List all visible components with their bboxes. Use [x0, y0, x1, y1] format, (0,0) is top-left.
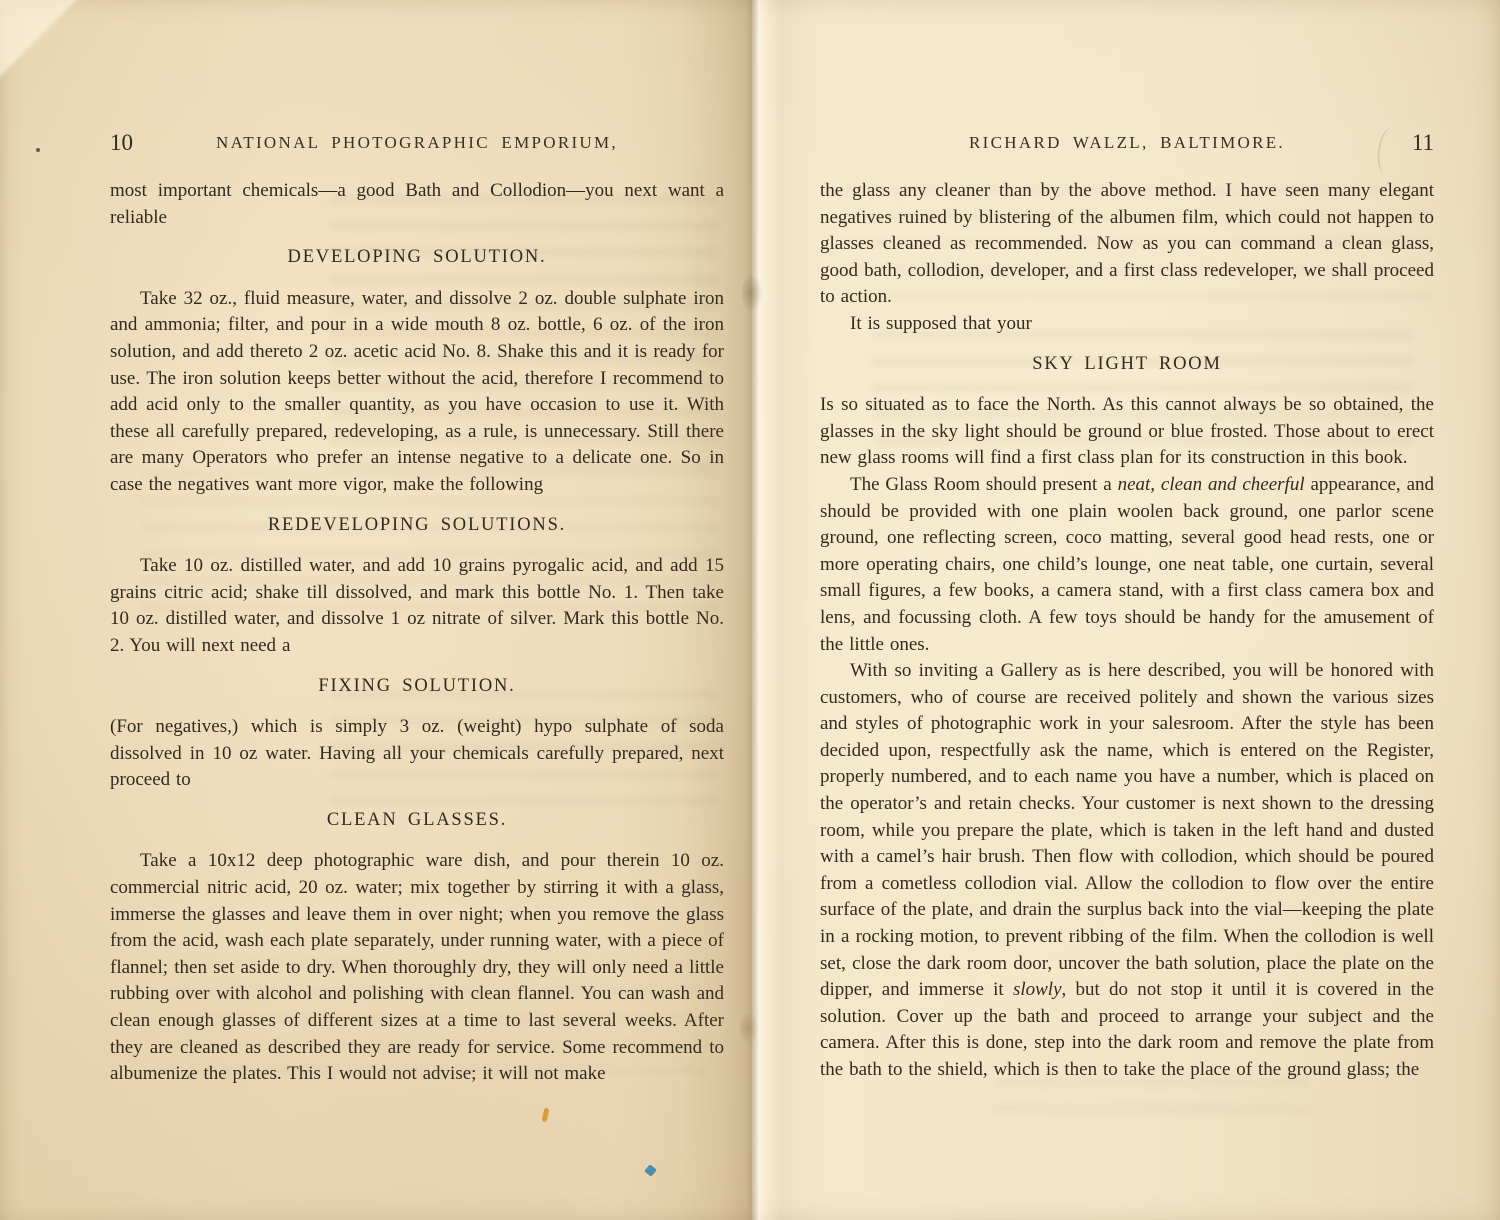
text-run: appearance, and should be provided with … — [820, 474, 1434, 655]
section-heading-developing-solution: DEVELOPING SOLUTION. — [110, 244, 724, 271]
paper-speck-dark — [36, 148, 40, 152]
paragraph-gallery-procedure: With so inviting a Gallery as is here de… — [820, 658, 1434, 1084]
paragraph-developing-solution: Take 32 oz., fluid measure, water, and d… — [110, 286, 724, 499]
paragraph-intro: most important chemicals—a good Bath and… — [110, 178, 724, 231]
paragraph-clean-glasses: Take a 10x12 deep photographic ware dish… — [110, 848, 724, 1087]
paragraph-glass-room: The Glass Room should present a neat, cl… — [820, 472, 1434, 658]
paragraph-redeveloping-solutions: Take 10 oz. distilled water, and add 10 … — [110, 553, 724, 659]
text-run: With so inviting a Gallery as is here de… — [820, 660, 1434, 1000]
paper-speck-orange — [542, 1108, 550, 1123]
page-10: 10 NATIONAL PHOTOGRAPHIC EMPORIUM, most … — [0, 0, 752, 1220]
corner-crease — [0, 0, 110, 82]
text-run-italic: neat, clean and cheerful — [1118, 474, 1305, 495]
page-header-left: 10 NATIONAL PHOTOGRAPHIC EMPORIUM, — [110, 130, 724, 160]
page-number-11: 11 — [1412, 130, 1434, 156]
text-column-left: most important chemicals—a good Bath and… — [110, 178, 724, 1088]
paragraph-fixing-solution: (For negatives,) which is simply 3 oz. (… — [110, 714, 724, 794]
text-column-right: the glass any cleaner than by the above … — [820, 178, 1434, 1084]
paragraph-it-is-supposed: It is supposed that your — [820, 311, 1434, 338]
running-header-left: NATIONAL PHOTOGRAPHIC EMPORIUM, — [110, 133, 724, 153]
running-header-right: RICHARD WALZL, BALTIMORE. — [820, 133, 1434, 153]
section-heading-sky-light-room: SKY LIGHT ROOM — [820, 351, 1434, 378]
bleed-through-text — [992, 1078, 1312, 1120]
section-heading-clean-glasses: CLEAN GLASSES. — [110, 807, 724, 834]
section-heading-fixing-solution: FIXING SOLUTION. — [110, 673, 724, 700]
book-spread: 10 NATIONAL PHOTOGRAPHIC EMPORIUM, most … — [0, 0, 1500, 1220]
paragraph-sky-light-room: Is so situated as to face the North. As … — [820, 392, 1434, 472]
page-header-right: RICHARD WALZL, BALTIMORE. 11 — [820, 130, 1434, 160]
text-run-italic: slowly — [1013, 979, 1062, 1000]
paragraph-clean-glasses-continued: the glass any cleaner than by the above … — [820, 178, 1434, 311]
page-11: RICHARD WALZL, BALTIMORE. 11 the glass a… — [752, 0, 1500, 1220]
section-heading-redeveloping-solutions: REDEVELOPING SOLUTIONS. — [110, 512, 724, 539]
text-run: The Glass Room should present a — [850, 474, 1118, 495]
paper-speck-blue — [644, 1164, 657, 1177]
